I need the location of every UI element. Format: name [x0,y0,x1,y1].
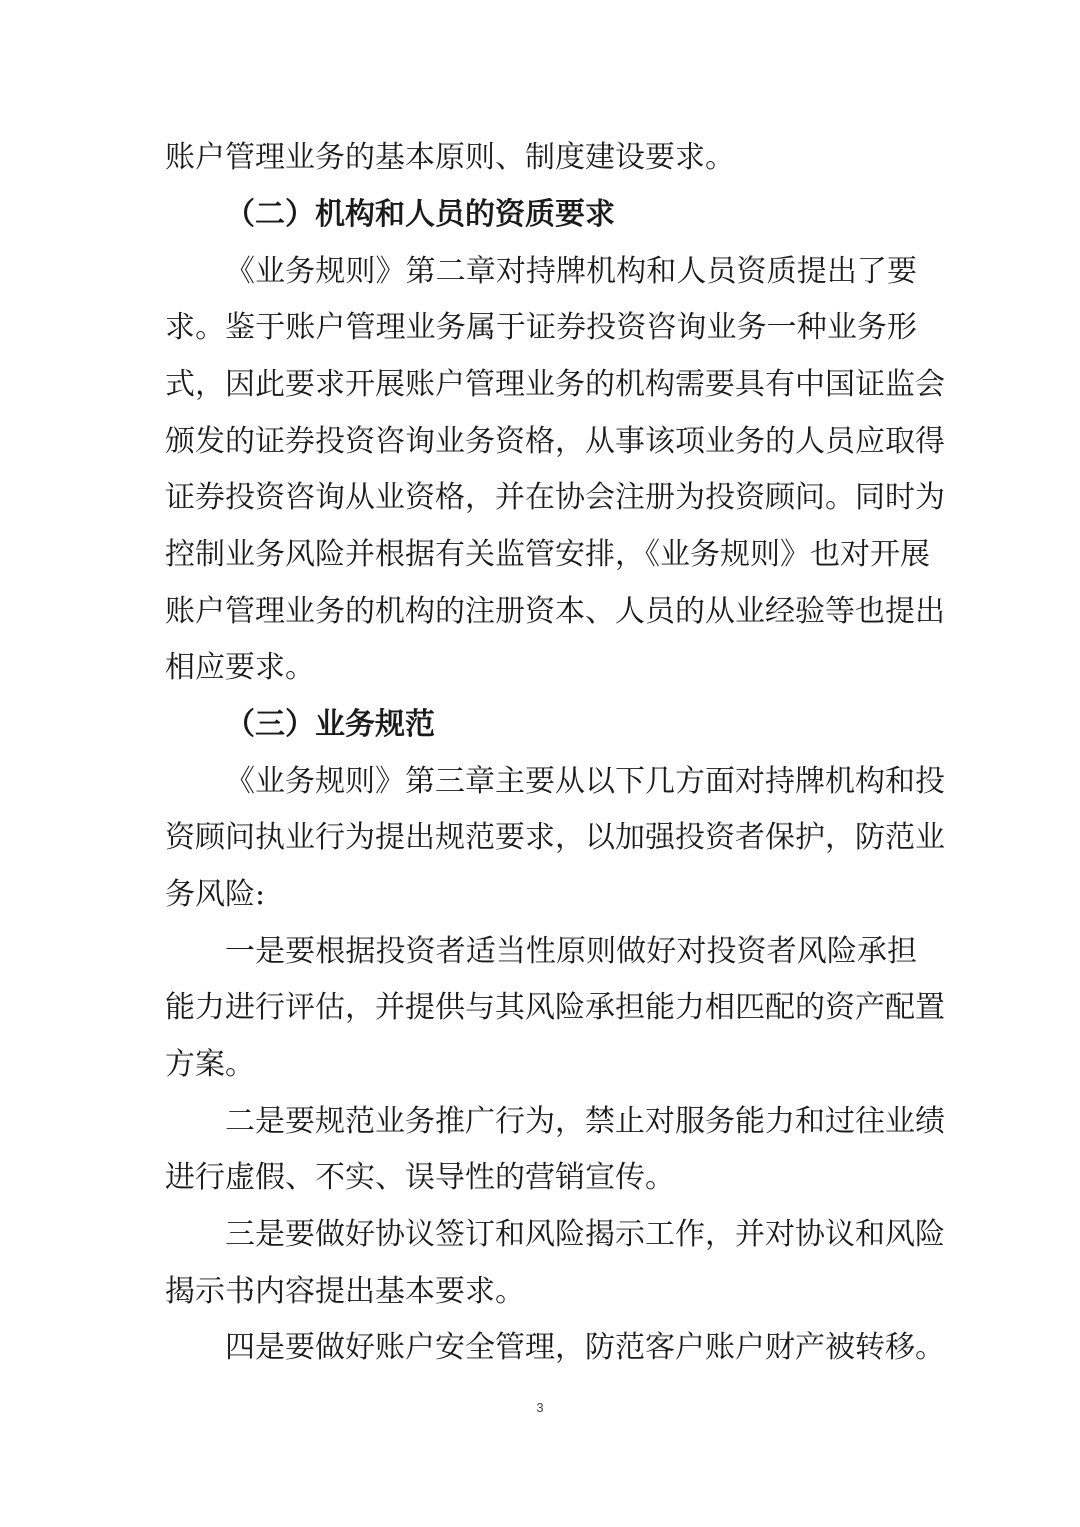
text-line: 方案。 [165,1045,917,1085]
text-line: 颁发的证券投资咨询业务资格，从事该项业务的人员应取得 [165,422,917,462]
text-line: 《业务规则》第三章主要从以下几方面对持牌机构和投 [225,762,917,802]
page-number: 3 [0,1400,1080,1415]
text-line: 证券投资咨询从业资格，并在协会注册为投资顾问。同时为 [165,478,917,518]
text-line: 务风险: [165,875,917,915]
text-line: 资顾问执业行为提出规范要求，以加强投资者保护，防范业 [165,818,917,858]
text-line: 四是要做好账户安全管理，防范客户账户财产被转移。 [225,1328,917,1368]
section-heading: （二）机构和人员的资质要求 [225,195,917,235]
text-line: 一是要根据投资者适当性原则做好对投资者风险承担 [225,932,917,972]
text-line: 式，因此要求开展账户管理业务的机构需要具有中国证监会 [165,365,917,405]
text-line: 控制业务风险并根据有关监管安排，《业务规则》也对开展 [165,535,917,575]
text-line: 相应要求。 [165,648,917,688]
text-line: 《业务规则》第二章对持牌机构和人员资质提出了要 [225,252,917,292]
text-line: 进行虚假、不实、误导性的营销宣传。 [165,1158,917,1198]
document-page: 账户管理业务的基本原则、制度建设要求。（二）机构和人员的资质要求《业务规则》第二… [0,0,1080,1527]
text-line: 账户管理业务的机构的注册资本、人员的从业经验等也提出 [165,592,917,632]
text-line: 揭示书内容提出基本要求。 [165,1272,917,1312]
text-line: 三是要做好协议签订和风险揭示工作，并对协议和风险 [225,1215,917,1255]
text-line: 能力进行评估，并提供与其风险承担能力相匹配的资产配置 [165,988,917,1028]
section-heading: （三）业务规范 [225,705,917,745]
text-line: 求。鉴于账户管理业务属于证券投资咨询业务一种业务形 [165,308,917,348]
text-line: 二是要规范业务推广行为，禁止对服务能力和过往业绩 [225,1102,917,1142]
text-line: 账户管理业务的基本原则、制度建设要求。 [165,138,917,178]
